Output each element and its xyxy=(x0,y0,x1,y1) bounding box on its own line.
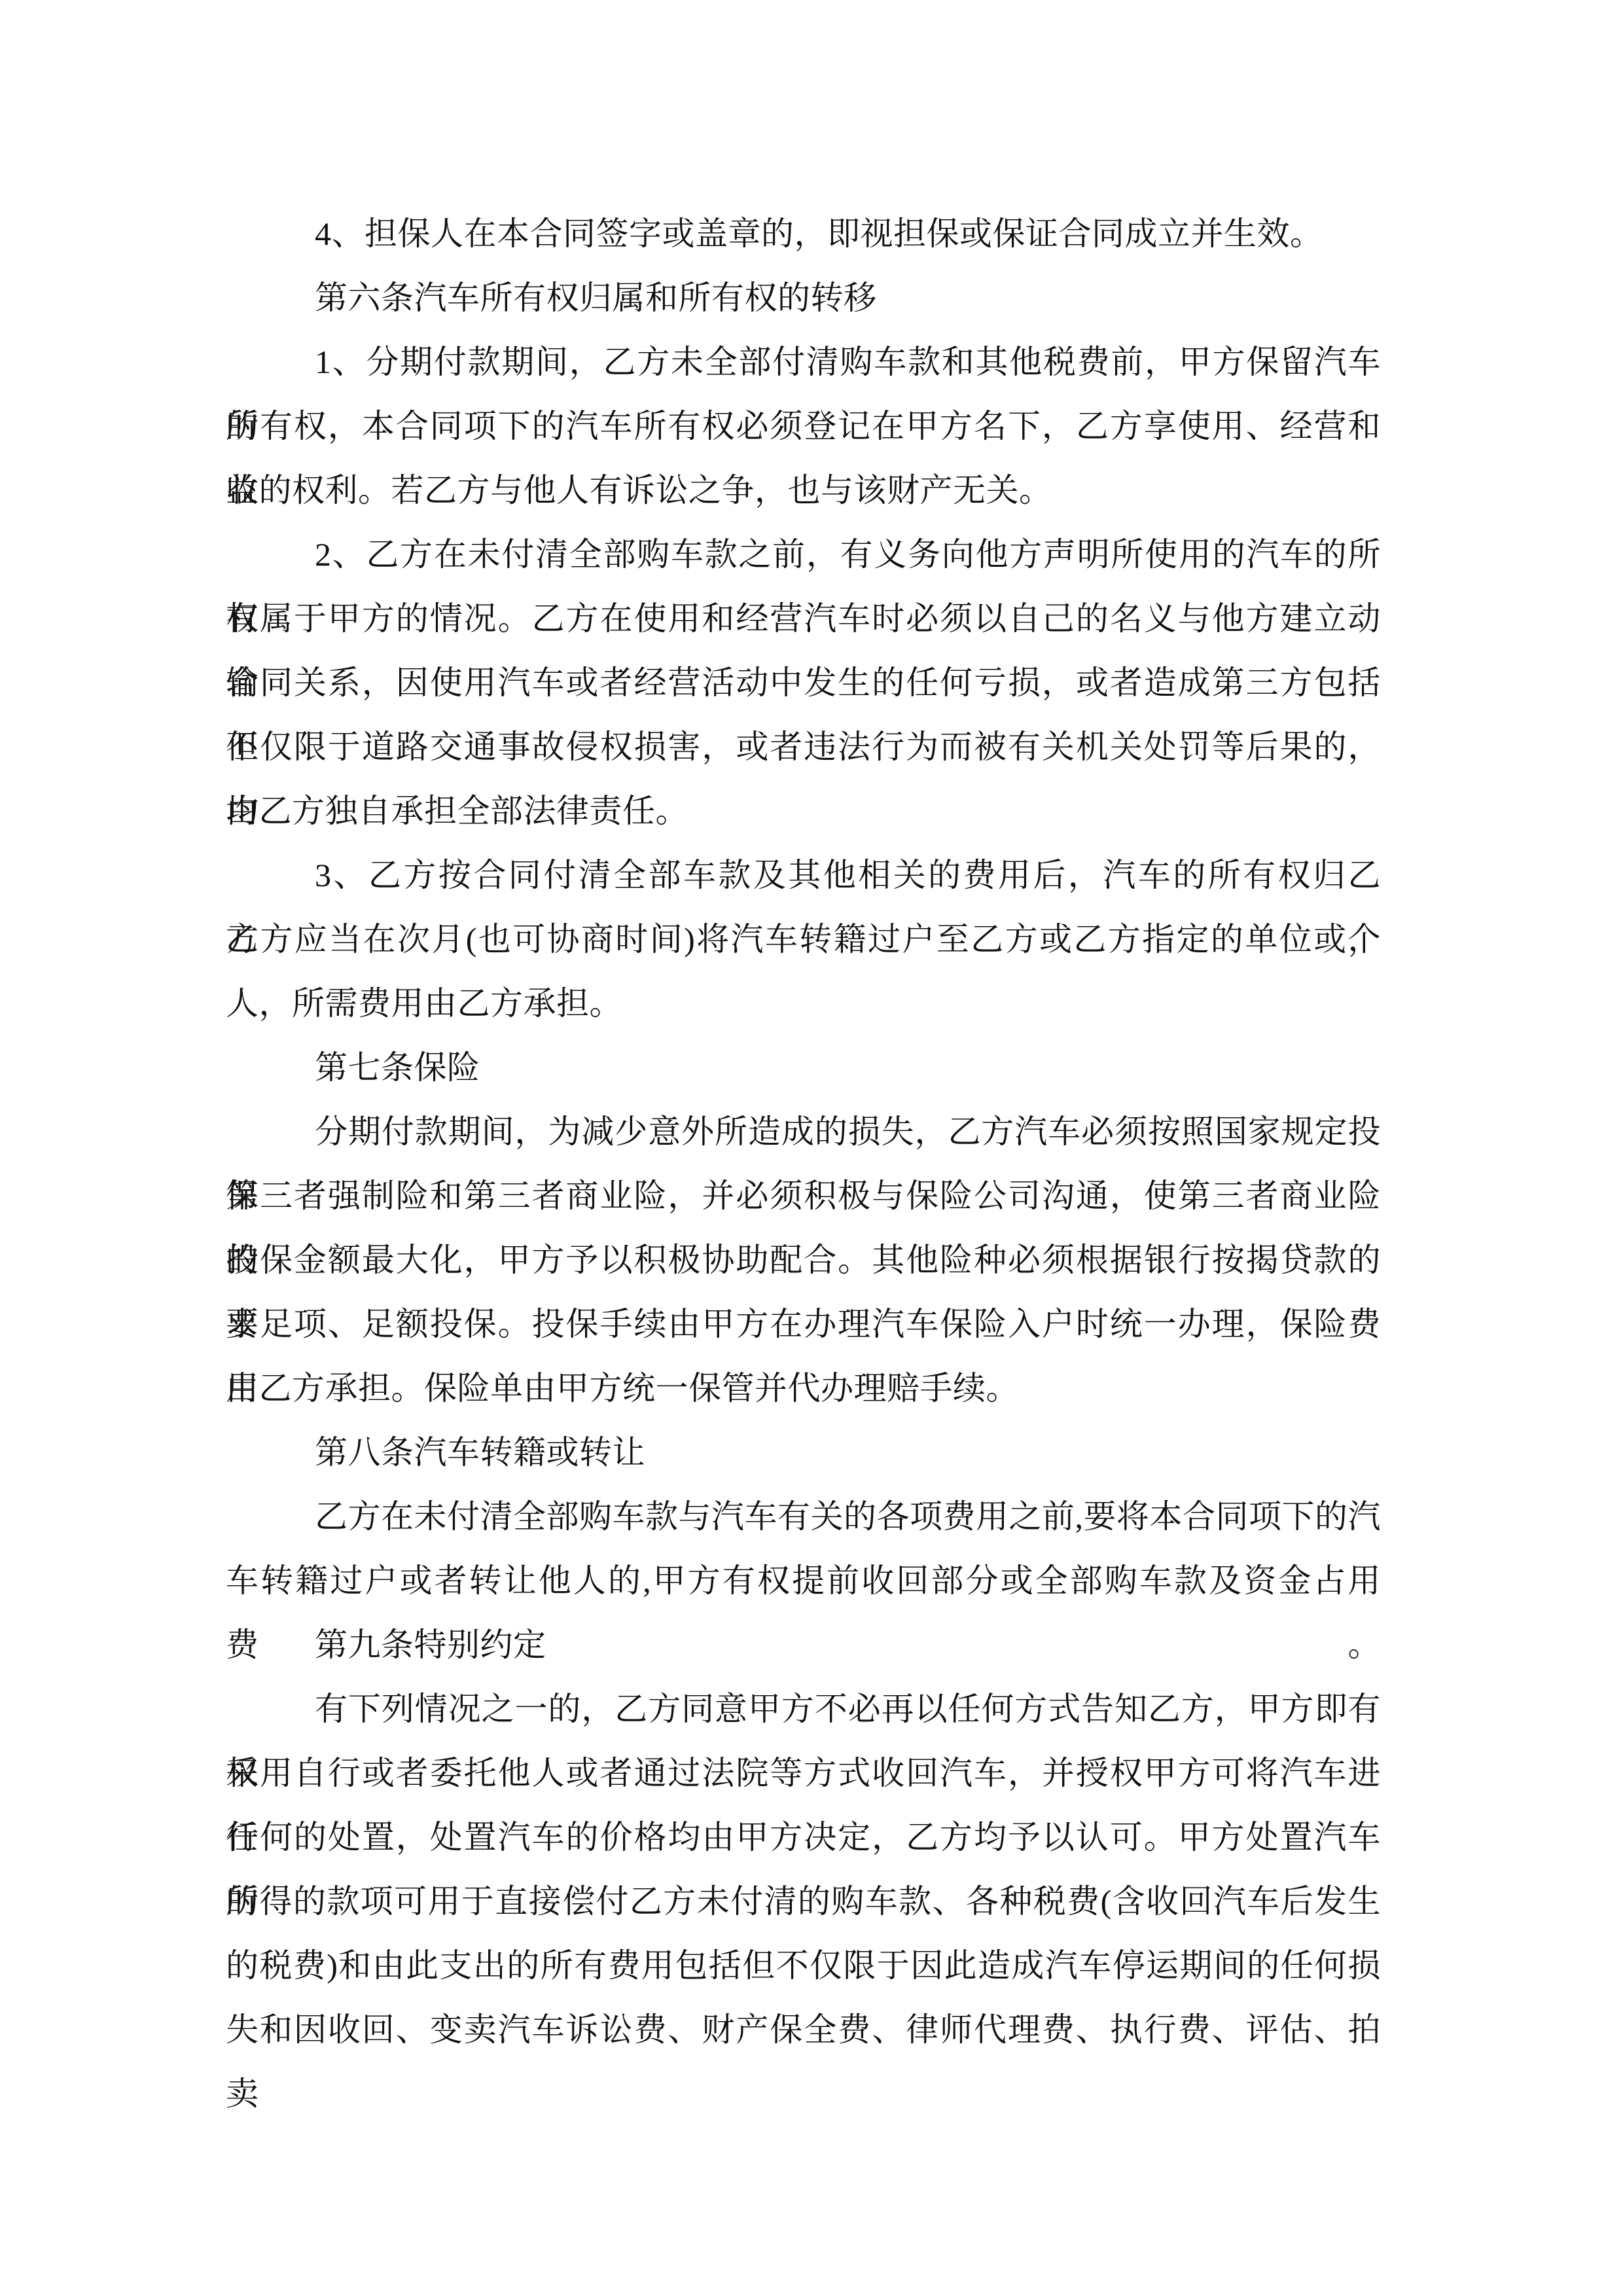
text-line: 所得的款项可用于直接偿付乙方未付清的购车款、各种税费(含收回汽车后发生 xyxy=(226,1869,1381,1933)
text-line: 2、乙方在未付清全部购车款之前，有义务向他方声明所使用的汽车的所有 xyxy=(226,522,1381,586)
text-line: 1、分期付款期间，乙方未全部付清购车款和其他税费前，甲方保留汽车的 xyxy=(226,330,1381,394)
text-line: 益的权利。若乙方与他人有诉讼之争，也与该财产无关。 xyxy=(226,458,1381,522)
text-line: 由乙方承担。保险单由甲方统一保管并代办理赔手续。 xyxy=(226,1356,1381,1420)
text-line: 任何的处置，处置汽车的价格均由甲方决定，乙方均予以认可。甲方处置汽车的 xyxy=(226,1805,1381,1869)
document-body: 4、担保人在本合同签字或盖章的，即视担保或保证合同成立并生效。第六条汽车所有权归… xyxy=(226,202,1381,2062)
text-line: 不仅限于道路交通事故侵权损害，或者违法行为而被有关机关处罚等后果的，均 xyxy=(226,715,1381,779)
text-line: 车转籍过户或者转让他人的,甲方有权提前收回部分或全部购车款及资金占用费。 xyxy=(226,1549,1381,1613)
text-line: 有下列情况之一的，乙方同意甲方不必再以任何方式告知乙方，甲方即有权 xyxy=(226,1677,1381,1741)
text-line: 的税费)和由此支出的所有费用包括但不仅限于因此造成汽车停运期间的任何损 xyxy=(226,1933,1381,1998)
contract-page: 4、担保人在本合同签字或盖章的，即视担保或保证合同成立并生效。第六条汽车所有权归… xyxy=(0,0,1623,2296)
text-line: 4、担保人在本合同签字或盖章的，即视担保或保证合同成立并生效。 xyxy=(226,202,1381,266)
text-line: 第三者强制险和第三者商业险，并必须积极与保险公司沟通，使第三者商业险的 xyxy=(226,1164,1381,1228)
clause-heading-line: 第六条汽车所有权归属和所有权的转移 xyxy=(226,266,1381,330)
text-line: 分期付款期间，为减少意外所造成的损失，乙方汽车必须按照国家规定投保 xyxy=(226,1100,1381,1164)
text-line: 失和因收回、变卖汽车诉讼费、财产保全费、律师代理费、执行费、评估、拍卖 xyxy=(226,1998,1381,2062)
text-line: 求足项、足额投保。投保手续由甲方在办理汽车保险入户时统一办理，保险费用 xyxy=(226,1292,1381,1356)
text-line: 所有权，本合同项下的汽车所有权必须登记在甲方名下，乙方享使用、经营和收 xyxy=(226,394,1381,458)
text-line: 乙方在未付清全部购车款与汽车有关的各项费用之前,要将本合同项下的汽 xyxy=(226,1484,1381,1549)
text-line: 投保金额最大化，甲方予以积极协助配合。其他险种必须根据银行按揭贷款的要 xyxy=(226,1228,1381,1292)
text-line: 采用自行或者委托他人或者通过法院等方式收回汽车，并授权甲方可将汽车进行 xyxy=(226,1741,1381,1805)
text-line: 3、乙方按合同付清全部车款及其他相关的费用后，汽车的所有权归乙方， xyxy=(226,843,1381,907)
text-line: 权属于甲方的情况。乙方在使用和经营汽车时必须以自己的名义与他方建立动输 xyxy=(226,586,1381,651)
text-line: 人，所需费用由乙方承担。 xyxy=(226,971,1381,1035)
text-line: 合同关系，因使用汽车或者经营活动中发生的任何亏损，或者造成第三方包括但 xyxy=(226,651,1381,715)
text-line: 乙方应当在次月(也可协商时间)将汽车转籍过户至乙方或乙方指定的单位或个 xyxy=(226,907,1381,971)
text-line: 由乙方独自承担全部法律责任。 xyxy=(226,779,1381,843)
clause-heading-line: 第八条汽车转籍或转让 xyxy=(226,1420,1381,1484)
clause-heading-line: 第七条保险 xyxy=(226,1035,1381,1100)
